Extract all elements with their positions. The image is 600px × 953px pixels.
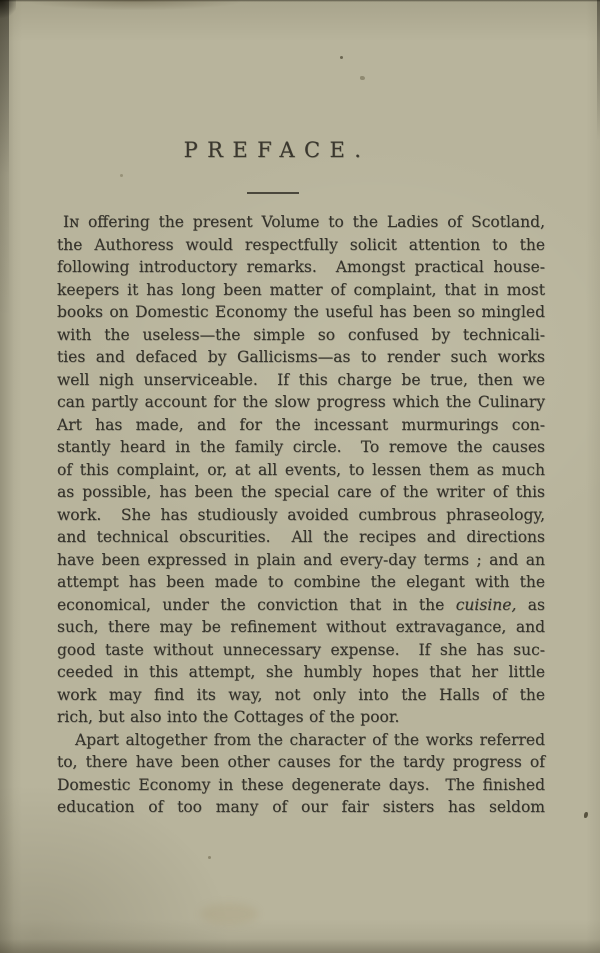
text-line: to, there have been other causes for the… bbox=[57, 751, 545, 774]
preface-title: PREFACE. bbox=[57, 138, 497, 162]
text-line: economical, under the conviction that in… bbox=[57, 594, 545, 617]
text-line: books on Domestic Economy the useful has… bbox=[57, 301, 545, 324]
text-line: the Authoress would respectfully solicit… bbox=[57, 234, 545, 257]
text-line: keepers it has long been matter of compl… bbox=[57, 279, 545, 302]
text-line: work. She has studiously avoided cumbrou… bbox=[57, 504, 545, 527]
text-line: Domestic Economy in these degenerate day… bbox=[57, 774, 545, 797]
text-line: of this complaint, or, at all events, to… bbox=[57, 459, 545, 482]
text-line: such, there may be refinement without ex… bbox=[57, 616, 545, 639]
page-content: PREFACE. Iɴ offering the present Volume … bbox=[57, 0, 545, 953]
text-line: stantly heard in the family circle. To r… bbox=[57, 436, 545, 459]
text-line: work may find its way, not only into the… bbox=[57, 684, 545, 707]
paper-speck bbox=[584, 812, 588, 818]
text-line: following introductory remarks. Amongst … bbox=[57, 256, 545, 279]
book-page: PREFACE. Iɴ offering the present Volume … bbox=[0, 0, 600, 953]
text-line: ties and defaced by Gallicisms—as to ren… bbox=[57, 346, 545, 369]
title-rule bbox=[247, 192, 299, 194]
page-corner-shadow bbox=[0, 0, 16, 18]
text-line: education of too many of our fair sister… bbox=[57, 796, 545, 819]
text-line: attempt has been made to combine the ele… bbox=[57, 571, 545, 594]
text-line: Iɴ offering the present Volume to the La… bbox=[57, 211, 545, 234]
text-line: Apart altogether from the character of t… bbox=[57, 729, 545, 752]
page-left-edge-shadow bbox=[0, 0, 14, 953]
text-line: and technical obscurities. All the recip… bbox=[57, 526, 545, 549]
text-line: well nigh unserviceable. If this charge … bbox=[57, 369, 545, 392]
text-line: as possible, has been the special care o… bbox=[57, 481, 545, 504]
text-line: ceeded in this attempt, she humbly hopes… bbox=[57, 661, 545, 684]
text-line: have been expressed in plain and every-d… bbox=[57, 549, 545, 572]
text-line: Art has made, and for the incessant murm… bbox=[57, 414, 545, 437]
text-line: rich, but also into the Cottages of the … bbox=[57, 706, 545, 729]
text-line: with the useless—the simple so confused … bbox=[57, 324, 545, 347]
preface-body: Iɴ offering the present Volume to the La… bbox=[57, 211, 545, 819]
text-line: good taste without unnecessary expense. … bbox=[57, 639, 545, 662]
text-line: can partly account for the slow progress… bbox=[57, 391, 545, 414]
page-gutter-shadow bbox=[0, 0, 9, 320]
